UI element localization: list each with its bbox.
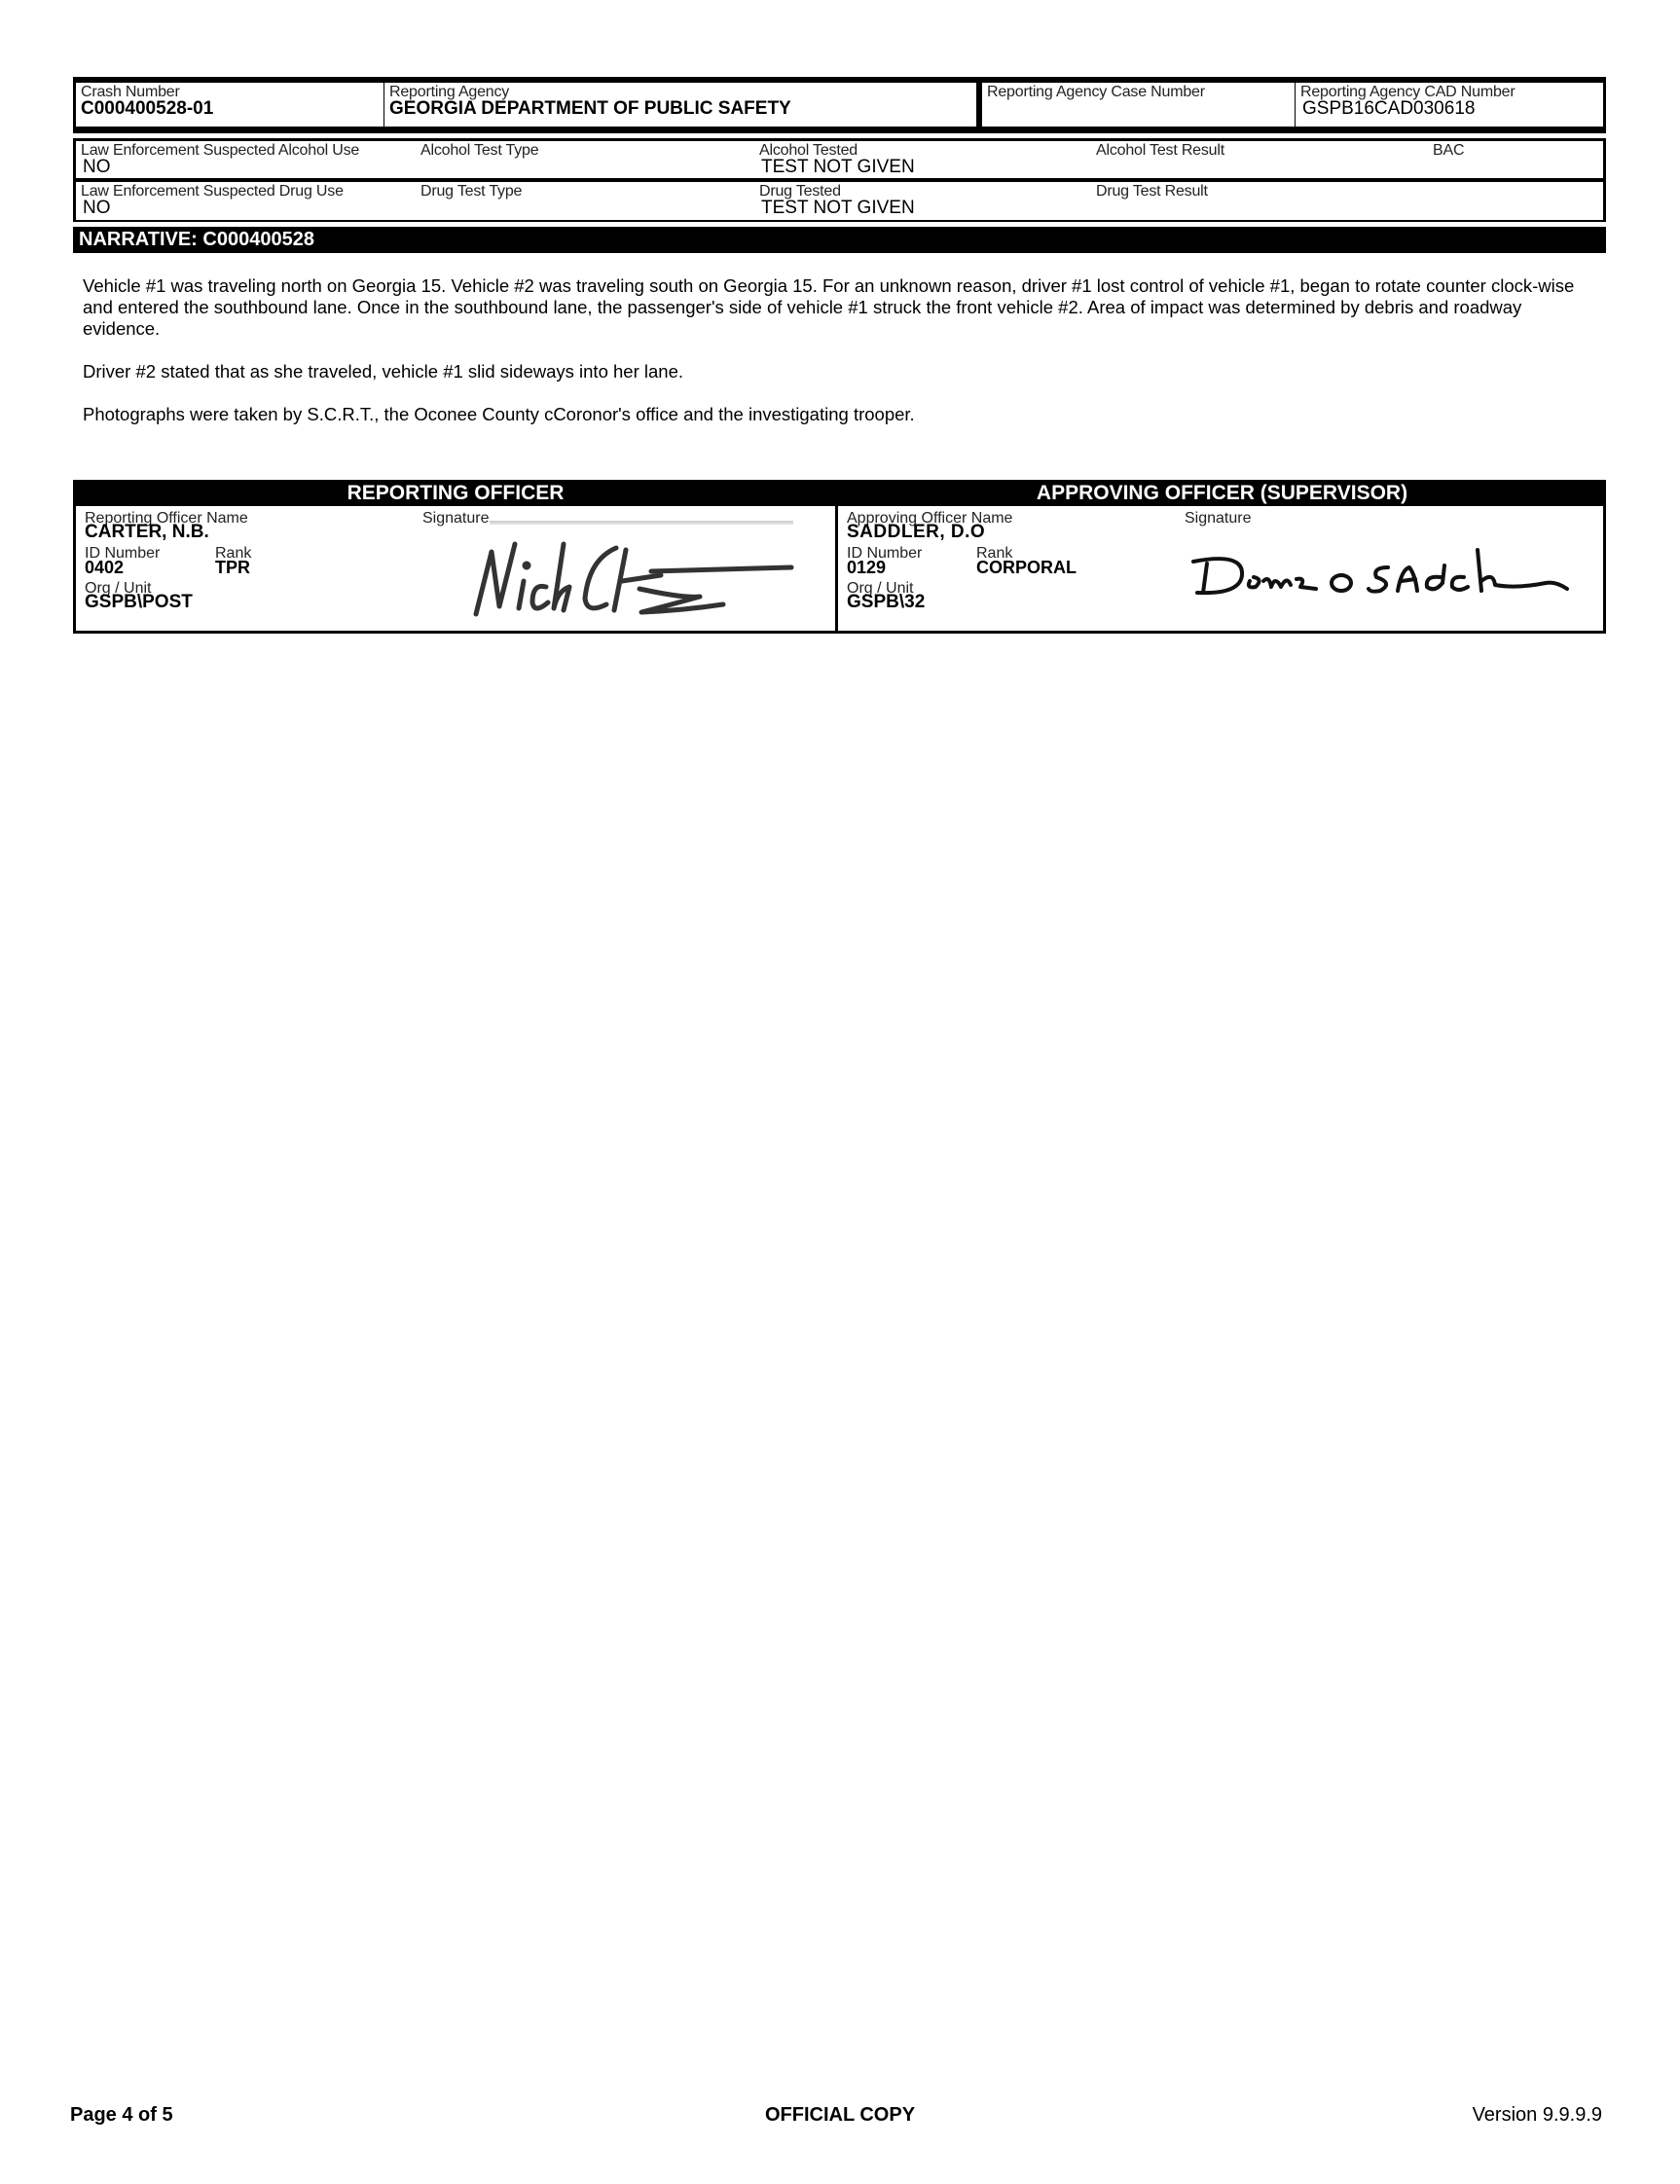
approving-officer-name: SADDLER, D.O [847,524,985,541]
alcohol-test-type-cell: Alcohol Test Type [416,141,756,178]
version-label: Version 9.9.9.9 [1473,2104,1602,2126]
crash-number-label: Crash Number [81,85,383,99]
reporting-agency-cell: Reporting Agency GEORGIA DEPARTMENT OF P… [384,83,976,127]
agency-case-number-label: Reporting Agency Case Number [987,85,1295,99]
approving-officer-signature [1186,546,1575,604]
alcohol-test-result-label: Alcohol Test Result [1096,143,1430,158]
drug-suspected-value: NO [81,199,418,217]
reporting-officer-signature-label: Signature [422,511,490,526]
bac-label: BAC [1433,143,1603,158]
reporting-officer-org: GSPB\POST [85,594,193,611]
crash-header-row: Crash Number C000400528-01 Reporting Age… [73,77,1606,133]
bac-cell: BAC [1428,141,1603,178]
reporting-officer-name: CARTER, N.B. [85,524,209,541]
alcohol-suspected-value: NO [81,158,418,176]
agency-cad-number-label: Reporting Agency CAD Number [1300,85,1603,99]
officer-table: REPORTING OFFICER APPROVING OFFICER (SUP… [73,480,1606,634]
alcohol-tested-value: TEST NOT GIVEN [759,158,1093,176]
approving-officer-org: GSPB\32 [847,594,925,611]
narrative-paragraph: Driver #2 stated that as she traveled, v… [83,361,1601,382]
crash-number-cell: Crash Number C000400528-01 [76,83,383,127]
narrative-paragraph: Vehicle #1 was traveling north on Georgi… [83,275,1601,340]
drug-test-type-cell: Drug Test Type [416,182,756,220]
reporting-officer-signature [470,530,801,623]
agency-case-number-cell: Reporting Agency Case Number [982,83,1295,127]
alcohol-test-type-label: Alcohol Test Type [420,143,756,158]
alcohol-suspected-label: Law Enforcement Suspected Alcohol Use [81,143,418,158]
approving-officer-heading: APPROVING OFFICER (SUPERVISOR) [838,480,1606,506]
reporting-officer-rank: TPR [215,559,250,576]
drug-test-result-label: Drug Test Result [1096,184,1603,199]
drug-test-type-label: Drug Test Type [420,184,756,199]
approving-officer-id: 0129 [847,559,886,576]
reporting-agency-label: Reporting Agency [389,85,976,99]
narrative-paragraph: Photographs were taken by S.C.R.T., the … [83,404,1601,425]
substance-test-table: Law Enforcement Suspected Alcohol Use NO… [73,138,1606,222]
drug-suspected-label: Law Enforcement Suspected Drug Use [81,184,418,199]
alcohol-test-result-cell: Alcohol Test Result [1091,141,1430,178]
alcohol-tested-cell: Alcohol Tested TEST NOT GIVEN [754,141,1093,178]
reporting-agency-value: GEORGIA DEPARTMENT OF PUBLIC SAFETY [389,99,976,118]
drug-tested-cell: Drug Tested TEST NOT GIVEN [754,182,1093,220]
approving-officer-signature-label: Signature [1185,511,1252,526]
alcohol-tested-label: Alcohol Tested [759,143,1093,158]
reporting-officer-heading: REPORTING OFFICER [73,480,838,506]
crash-number-value: C000400528-01 [81,99,383,118]
official-copy-label: OFFICIAL COPY [0,2104,1680,2126]
drug-suspected-cell: Law Enforcement Suspected Drug Use NO [76,182,418,220]
narrative-heading: NARRATIVE: C000400528 [73,227,1606,253]
drug-test-result-cell: Drug Test Result [1091,182,1603,220]
drug-tested-value: TEST NOT GIVEN [759,199,1093,217]
officer-divider [835,506,838,631]
agency-cad-number-value: GSPB16CAD030618 [1300,99,1603,118]
reporting-officer-id: 0402 [85,559,124,576]
agency-cad-number-cell: Reporting Agency CAD Number GSPB16CAD030… [1296,83,1603,127]
approving-officer-rank: CORPORAL [976,559,1077,576]
drug-tested-label: Drug Tested [759,184,1093,199]
alcohol-suspected-cell: Law Enforcement Suspected Alcohol Use NO [76,141,418,178]
signature-line [490,521,793,525]
narrative-body: Vehicle #1 was traveling north on Georgi… [83,275,1601,447]
